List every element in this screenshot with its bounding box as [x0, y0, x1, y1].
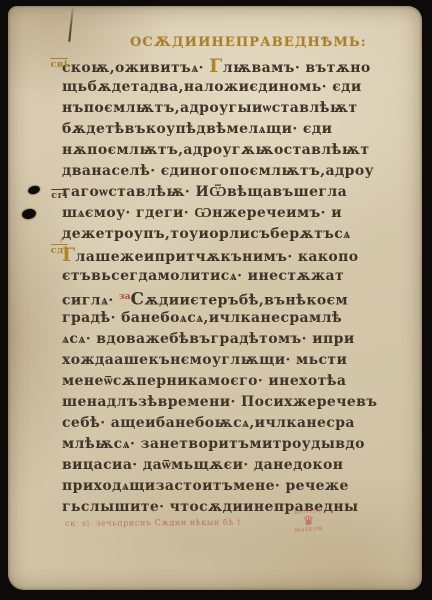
text-run: скоѭ,оживитъѧ· — [62, 60, 209, 76]
text-run: сиглѧ· — [62, 293, 119, 309]
text-run: лѭвамъ· вътѫно — [223, 60, 371, 76]
text-line: Глашежеипритчѫкънимъ· какопо — [62, 245, 398, 266]
text-line: дванаселѣ· єдиногопоємлѭтъ,адроу — [62, 161, 398, 182]
text-line: дежетроупъ,тоуиорлисъберѫтъсѧ — [62, 224, 398, 245]
text-block: скоѭ,оживитъѧ· Глѭвамъ· вътѫнощьбѫдетадв… — [62, 56, 398, 518]
text-run: С — [131, 290, 145, 310]
text-line: ѧсѧ· вдоважебѣвъградѣтомъ· ипри — [62, 329, 398, 350]
text-run: гагоѡставлѣѭ· ИѾвѣщавъшегла — [62, 184, 347, 200]
text-run: дежетроупъ,тоуиорлисъберѫтъсѧ — [62, 226, 351, 242]
binding-hole — [27, 185, 41, 196]
text-run: шѧємоу· гдеги· Ѡнжеречеимъ· и — [62, 205, 342, 221]
text-run: приходѧщизастоитъмене· речеже — [62, 478, 349, 494]
text-run: дванаселѣ· єдиногопоємлѭтъ,адроу — [62, 163, 374, 179]
text-line: млѣѭсѧ· занетворитъмитроудывдо — [62, 434, 398, 455]
text-run: млѣѭсѧ· занетворитъмитроудывдо — [62, 436, 365, 452]
page-heading: ОСѪДИИНЕПРАВЕДНѢМЬ: — [130, 35, 367, 50]
photo-background: ОСѪДИИНЕПРАВЕДНѢМЬ: скоѭ,оживитъѧ· Глѭва… — [0, 0, 432, 600]
margin-section-numeral: сві — [42, 59, 68, 70]
text-run: градѣ· банебоѧсѧ,ичлканесрамлѣ — [62, 310, 342, 326]
binding-hole — [21, 208, 37, 220]
text-line: себѣ· ащеибанебоѭсѧ,ичлканесра — [62, 413, 398, 434]
text-run: нъпоємлѭтъ,адроугыиѡставлѣѭт — [62, 100, 357, 116]
text-run: вицасиа· даѿмьщѫєи· данедокон — [62, 457, 343, 473]
text-line: сиглѧ· заСѫдииєтеръбѣ,вънѣкоєм — [62, 287, 398, 308]
text-line: гагоѡставлѣѭ· ИѾвѣщавъшегла — [62, 182, 398, 203]
text-line: шенадлъзѣвремени· Посихжеречевъ — [62, 392, 398, 413]
text-run: себѣ· ащеибанебоѭсѧ,ичлканесра — [62, 415, 355, 431]
text-line: бѫдетѣвъкоупѣдвѣмелѧщи· єди — [62, 119, 398, 140]
text-run: шенадлъзѣвремени· Посихжеречевъ — [62, 394, 377, 410]
text-line: щьбѫдетадва,наложиєдиномь· єди — [62, 77, 398, 98]
british-museum-stamp: BRITISH ♛ MUSEUM — [290, 509, 328, 545]
red-rubric-mark: за — [119, 292, 131, 302]
text-run: ѫдииєтеръбѣ,вънѣкоєм — [144, 293, 348, 309]
text-run: менеѿсѫперникамоєго· инехотѣа — [62, 373, 346, 389]
margin-red-mark: ҂ — [60, 237, 62, 245]
parchment-page: ОСѪДИИНЕПРАВЕДНѢМЬ: скоѭ,оживитъѧ· Глѭва… — [8, 6, 422, 590]
text-run: хождаашекънємоуглѭщи· мьсти — [62, 352, 347, 368]
text-run: бѫдетѣвъкоупѣдвѣмелѧщи· єди — [62, 121, 332, 137]
librarian-note: ск· ѕі· зечьприснъ Сѫдии нѣкыи бѣ † — [65, 517, 310, 528]
text-line: хождаашекънємоуглѭщи· мьсти — [62, 350, 398, 371]
text-line: приходѧщизастоитъмене· речеже — [62, 476, 398, 497]
pen-scratch-mark — [68, 8, 74, 42]
text-line: вицасиа· даѿмьщѫєи· данедокон — [62, 455, 398, 476]
text-run: лашежеипритчѫкънимъ· какопо — [76, 249, 359, 265]
stamp-bottom-text: MUSEUM — [291, 527, 327, 534]
text-line: градѣ· банебоѧсѧ,ичлканесрамлѣ — [62, 308, 398, 329]
gold-initial: Г — [209, 55, 223, 77]
text-line: гьслышите· чтосѫдиинеправедны — [62, 497, 398, 518]
text-run: єтъвьсегдамолитисѧ· инестѫжат — [62, 268, 344, 284]
text-line: менеѿсѫперникамоєго· инехотѣа — [62, 371, 398, 392]
text-line: скоѭ,оживитъѧ· Глѭвамъ· вътѫно — [62, 56, 398, 77]
text-line: єтъвьсегдамолитисѧ· инестѫжат — [62, 266, 398, 287]
margin-section-numeral: сді — [42, 245, 68, 256]
text-run: ѧсѧ· вдоважебѣвъградѣтомъ· ипри — [62, 331, 355, 347]
text-line: нѫпоємлѭтъ,адроугѫѭоставлѣѭт — [62, 140, 398, 161]
text-run: нѫпоємлѭтъ,адроугѫѭоставлѣѭт — [62, 142, 369, 158]
margin-section-numeral: сгі — [42, 190, 68, 201]
text-line: шѧємоу· гдеги· Ѡнжеречеимъ· и — [62, 203, 398, 224]
text-line: нъпоємлѭтъ,адроугыиѡставлѣѭт — [62, 98, 398, 119]
text-run: щьбѫдетадва,наложиєдиномь· єди — [62, 79, 362, 95]
